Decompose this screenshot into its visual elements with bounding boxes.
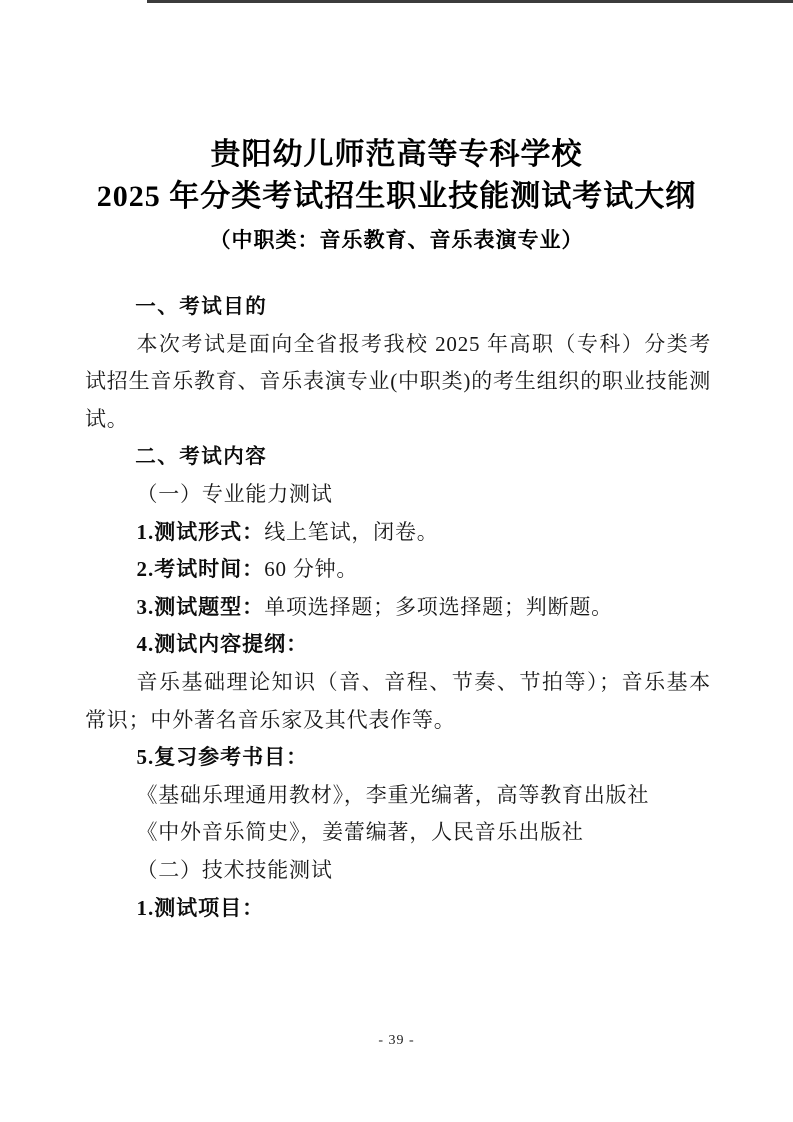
section-heading-exam-purpose: 一、考试目的 bbox=[85, 288, 711, 326]
item-content-outline-label-label: 4.测试内容提纲： bbox=[136, 632, 308, 656]
document-title-line2: 2025 年分类考试招生职业技能测试考试大纲 bbox=[0, 176, 793, 218]
section-heading-exam-content: 二、考试内容 bbox=[85, 438, 711, 476]
item-question-types-label: 3.测试题型： bbox=[136, 595, 264, 619]
subsection-professional-ability-test: （一）专业能力测试 bbox=[85, 476, 711, 514]
page-top-edge-line bbox=[147, 0, 793, 3]
reference-book-1: 《基础乐理通用教材》，李重光编著，高等教育出版社 bbox=[85, 777, 711, 815]
paragraph-exam-purpose: 本次考试是面向全省报考我校 2025 年高职（专科）分类考试招生音乐教育、音乐表… bbox=[85, 326, 711, 439]
item-test-format: 1.测试形式：线上笔试，闭卷。 bbox=[85, 514, 711, 552]
item-test-format-label: 1.测试形式： bbox=[136, 520, 264, 544]
item-exam-duration-label: 2.考试时间： bbox=[136, 557, 264, 581]
item-test-project-label-label: 1.测试项目： bbox=[136, 896, 264, 920]
document-body: 一、考试目的本次考试是面向全省报考我校 2025 年高职（专科）分类考试招生音乐… bbox=[85, 288, 711, 927]
document-page: 贵阳幼儿师范高等专科学校 2025 年分类考试招生职业技能测试考试大纲 （中职类… bbox=[0, 0, 793, 1122]
item-reference-books-label-label: 5.复习参考书目： bbox=[136, 745, 308, 769]
page-number: - 39 - bbox=[0, 1033, 793, 1049]
document-subtitle: （中职类：音乐教育、音乐表演专业） bbox=[0, 220, 793, 260]
subsection-technical-skill-test: （二）技术技能测试 bbox=[85, 852, 711, 890]
item-exam-duration: 2.考试时间：60 分钟。 bbox=[85, 551, 711, 589]
item-question-types: 3.测试题型：单项选择题；多项选择题；判断题。 bbox=[85, 589, 711, 627]
reference-book-2: 《中外音乐简史》，姜蕾编著，人民音乐出版社 bbox=[85, 814, 711, 852]
item-test-project-label: 1.测试项目： bbox=[85, 890, 711, 928]
paragraph-content-outline: 音乐基础理论知识（音、音程、节奏、节拍等）；音乐基本常识；中外著名音乐家及其代表… bbox=[85, 664, 711, 739]
document-title-block: 贵阳幼儿师范高等专科学校 2025 年分类考试招生职业技能测试考试大纲 （中职类… bbox=[0, 134, 793, 260]
item-reference-books-label: 5.复习参考书目： bbox=[85, 739, 711, 777]
document-title-line1: 贵阳幼儿师范高等专科学校 bbox=[0, 134, 793, 176]
item-content-outline-label: 4.测试内容提纲： bbox=[85, 626, 711, 664]
